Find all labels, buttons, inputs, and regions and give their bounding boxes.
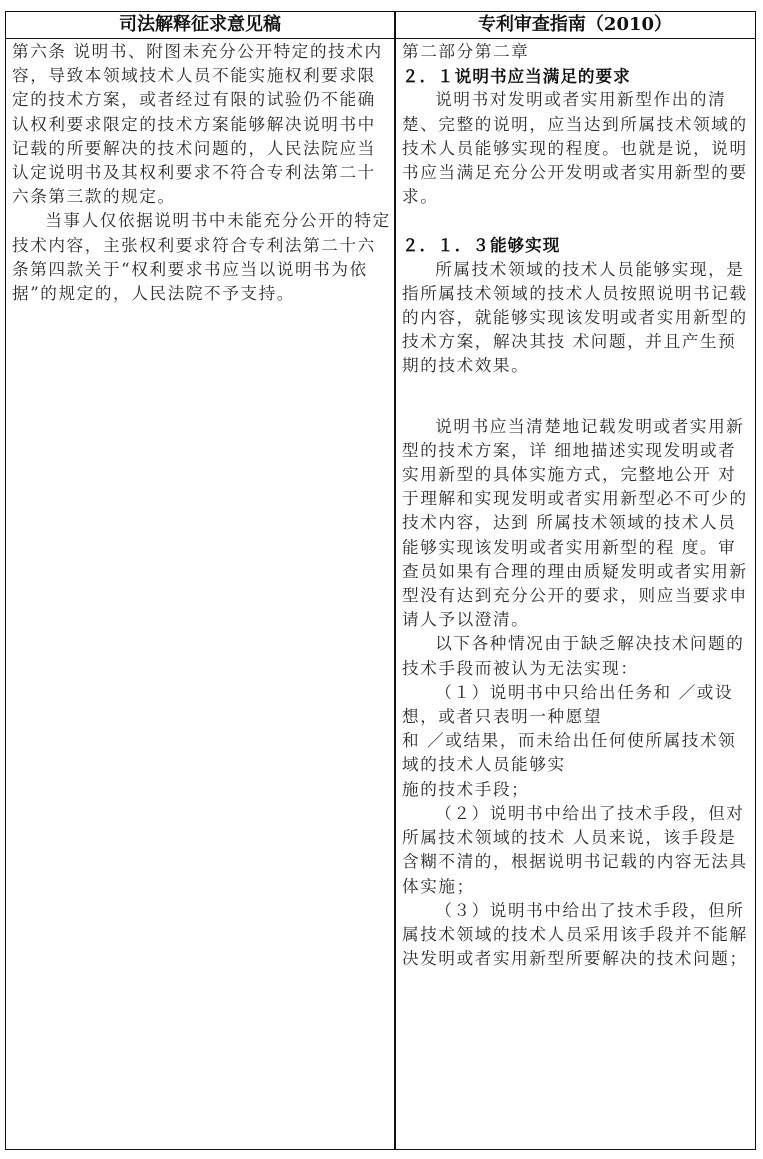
spacer [402,379,754,415]
column-divider [394,12,396,1149]
chapter-label: 第二部分第二章 [402,40,754,64]
header-patent-examination-guide: 专利审查指南（2010） [395,12,755,38]
section-2-1-heading: ２．１说明书应当满足的要求 [402,64,754,88]
table-header-row: 司法解释征求意见稿 专利审查指南（2010） [6,12,755,39]
article-6-paragraph: 第六条 说明书、附图未充分公开特定的技术内容，导致本领域技术人员不能实施权利要求… [12,40,392,209]
party-claim-paragraph: 当事人仅依据说明书中未能充分公开的特定技术内容，主张权利要求符合专利法第二十六条… [12,209,392,306]
section-2-1-3-text: 所属技术领域的技术人员能够实现，是指所属技术领域的技术人员按照说明书记载的内容，… [402,258,754,379]
comparison-table: 司法解释征求意见稿 专利审查指南（2010） 第六条 说明书、附图未充分公开特定… [5,11,756,1150]
cases-intro-paragraph: 以下各种情况由于缺乏解决技术问题的技术手段而被认为无法实现： [402,632,754,680]
left-column-cell: 第六条 说明书、附图未充分公开特定的技术内容，导致本领域技术人员不能实施权利要求… [12,40,392,306]
case-2-paragraph: （２）说明书中给出了技术手段，但对所属技术领域的技术 人员来说，该手段是含糊不清… [402,802,754,899]
case-3-paragraph: （３）说明书中给出了技术手段，但所属技术领域的技术人员采用该手段并不能解决发明或… [402,899,754,972]
section-2-1-text: 说明书对发明或者实用新型作出的清楚、完整的说明，应当达到所属技术领域的技术人员能… [402,88,754,209]
spacer [402,209,754,233]
clear-description-paragraph: 说明书应当清楚地记载发明或者实用新型的技术方案，详 细地描述实现发明或者实用新型… [402,415,754,633]
case-1-line-b: 和 ／或结果，而未给出任何使所属技术领域的技术人员能够实 [402,729,754,777]
right-column-cell: 第二部分第二章 ２．１说明书应当满足的要求 说明书对发明或者实用新型作出的清楚、… [402,40,754,971]
section-2-1-3-heading: ２．１．３能够实现 [402,233,754,257]
case-1-line-a: （１）说明书中只给出任务和 ／或设想，或者只表明一种愿望 [402,681,754,729]
case-1-line-c: 施的技术手段； [402,778,754,802]
header-judicial-interpretation-draft: 司法解释征求意见稿 [6,12,394,38]
